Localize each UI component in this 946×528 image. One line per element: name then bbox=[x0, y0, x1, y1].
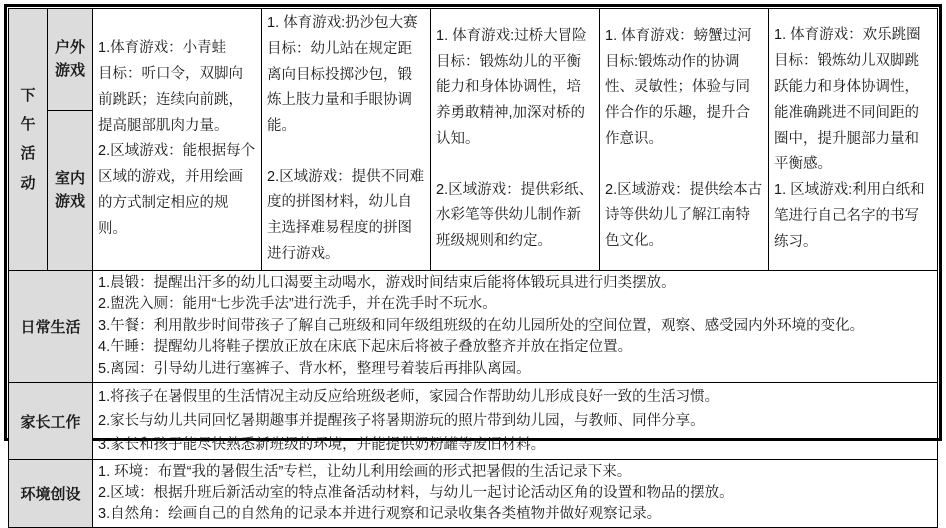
afternoon-row-outdoor: 下午活动 户外游戏 1.体育游戏：小青蛙 目标：听口令，双脚向前跳跃；连续向前跳… bbox=[9, 9, 938, 111]
daily-life-item-3: 3.午餐：利用散步时间带孩子了解自己班级和同年级组班级的在幼儿园所处的空间位置，… bbox=[98, 316, 932, 338]
environment-label: 环境创设 bbox=[20, 486, 80, 503]
afternoon-label: 下午活动 bbox=[20, 81, 37, 198]
daily-life-item-1: 1.晨锻：提醒出汗多的幼儿口渴要主动喝水，游戏时间结束后能将体锻玩具进行归类摆放… bbox=[98, 273, 932, 295]
environment-row: 环境创设 1. 环境：布置“我的暑假生活”专栏，让幼儿利用绘画的形式把暑假的生活… bbox=[9, 460, 938, 528]
afternoon-col-3-area: 2.区域游戏：提供彩纸、水彩笔等供幼儿制作新班级规则和约定。 bbox=[436, 178, 594, 255]
daily-life-item-4: 4.午睡：提醒幼儿将鞋子摆放正放在床底下起床后将被子叠放整齐并放在指定位置。 bbox=[98, 337, 932, 359]
afternoon-col-1: 1.体育游戏：小青蛙 目标：听口令，双脚向前跳跃；连续向前跳，提高腿部肌肉力量。… bbox=[93, 9, 262, 271]
daily-life-row: 日常生活 1.晨锻：提醒出汗多的幼儿口渴要主动喝水，游戏时间结束后能将体锻玩具进… bbox=[9, 270, 938, 383]
environment-label-cell: 环境创设 bbox=[9, 460, 93, 528]
indoor-games-label-cell: 室内游戏 bbox=[48, 111, 93, 270]
document-page: 下午活动 户外游戏 1.体育游戏：小青蛙 目标：听口令，双脚向前跳跃；连续向前跳… bbox=[0, 0, 946, 445]
afternoon-col-3: 1. 体育游戏:过桥大冒险 目标：锻炼幼儿的平衡能力和身体协调性，培养勇敢精神,… bbox=[431, 9, 600, 271]
parent-work-label-cell: 家长工作 bbox=[9, 383, 93, 460]
afternoon-col-4: 1. 体育游戏：螃蟹过河 目标:锻炼动作的协调性、灵敏性；体验与同伴合作的乐趣，… bbox=[600, 9, 769, 271]
afternoon-col-5-area: 1. 区域游戏:利用白纸和笔进行自己名字的书写练习。 bbox=[774, 178, 932, 255]
environment-content-cell: 1. 环境：布置“我的暑假生活”专栏，让幼儿利用绘画的形式把暑假的生活记录下来。… bbox=[93, 460, 938, 528]
afternoon-label-cell: 下午活动 bbox=[9, 9, 48, 271]
daily-life-label: 日常生活 bbox=[20, 319, 80, 336]
daily-life-item-5: 5.离园：引导幼儿进行塞裤子、背水杯，整理号着装后再排队离园。 bbox=[98, 359, 932, 381]
afternoon-col-1-sports: 1.体育游戏：小青蛙 目标：听口令，双脚向前跳跃；连续向前跳，提高腿部肌肉力量。 bbox=[98, 36, 256, 139]
afternoon-col-1-area: 2.区域游戏：能根据每个区域的游戏，并用绘画的方式制定相应的规则。 bbox=[98, 139, 256, 242]
daily-life-item-2: 2.盥洗入厕：能用“七步洗手法”进行洗手，并在洗手时不玩水。 bbox=[98, 294, 932, 316]
afternoon-col-4-area: 2.区域游戏：提供绘本古诗等供幼儿了解江南特色文化。 bbox=[605, 178, 763, 255]
parent-work-content-cell: 1.将孩子在暑假里的生活情况主动反应给班级老师，家园合作帮助幼儿形成良好一致的生… bbox=[93, 383, 938, 460]
outdoor-games-label-cell: 户外游戏 bbox=[48, 9, 93, 111]
afternoon-col-2: 1. 体育游戏:扔沙包大赛 目标：幼儿站在规定距离向目标投掷沙包，锻炼上肢力量和… bbox=[262, 9, 431, 271]
afternoon-col-2-sports: 1. 体育游戏:扔沙包大赛 目标：幼儿站在规定距离向目标投掷沙包，锻炼上肢力量和… bbox=[267, 11, 425, 140]
parent-work-row: 家长工作 1.将孩子在暑假里的生活情况主动反应给班级老师，家园合作帮助幼儿形成良… bbox=[9, 383, 938, 460]
afternoon-col-3-sports: 1. 体育游戏:过桥大冒险 目标：锻炼幼儿的平衡能力和身体协调性，培养勇敢精神,… bbox=[436, 24, 594, 153]
afternoon-col-4-sports: 1. 体育游戏：螃蟹过河 目标:锻炼动作的协调性、灵敏性；体验与同伴合作的乐趣，… bbox=[605, 24, 763, 153]
environment-item-2: 2.区域：根据升班后新活动室的特点准备活动材料，与幼儿一起讨论活动区角的设置和物… bbox=[98, 483, 932, 504]
afternoon-col-5-sports: 1. 体育游戏：欢乐跳圈 目标：锻炼幼儿双脚跳跃能力和身体协调性，能准确跳进不同… bbox=[774, 23, 932, 178]
afternoon-col-2-area: 2.区域游戏：提供不同难度的拼图材料，幼儿自主选择难易程度的拼图进行游戏。 bbox=[267, 165, 425, 268]
indoor-games-label: 室内游戏 bbox=[54, 168, 87, 213]
parent-work-label: 家长工作 bbox=[20, 414, 80, 431]
environment-item-1: 1. 环境：布置“我的暑假生活”专栏，让幼儿利用绘画的形式把暑假的生活记录下来。 bbox=[98, 462, 932, 483]
daily-life-label-cell: 日常生活 bbox=[9, 270, 93, 383]
parent-work-item-1: 1.将孩子在暑假里的生活情况主动反应给班级老师，家园合作帮助幼儿形成良好一致的生… bbox=[98, 385, 932, 409]
parent-work-item-3: 3.家长和孩子能尽快熟悉新班级的环境，并能提供奶粉罐等废旧材料。 bbox=[98, 433, 932, 457]
weekly-plan-table: 下午活动 户外游戏 1.体育游戏：小青蛙 目标：听口令，双脚向前跳跃；连续向前跳… bbox=[8, 8, 938, 528]
daily-life-content-cell: 1.晨锻：提醒出汗多的幼儿口渴要主动喝水，游戏时间结束后能将体锻玩具进行归类摆放… bbox=[93, 270, 938, 383]
parent-work-item-2: 2.家长与幼儿共同回忆暑期趣事并提醒孩子将暑期游玩的照片带到幼儿园，与教师、同伴… bbox=[98, 409, 932, 433]
outdoor-games-label: 户外游戏 bbox=[54, 37, 87, 82]
table-frame: 下午活动 户外游戏 1.体育游戏：小青蛙 目标：听口令，双脚向前跳跃；连续向前跳… bbox=[4, 4, 942, 441]
environment-item-3: 3.自然角：绘画自己的自然角的记录本并进行观察和记录收集各类植物并做好观察记录。 bbox=[98, 504, 932, 525]
afternoon-col-5: 1. 体育游戏：欢乐跳圈 目标：锻炼幼儿双脚跳跃能力和身体协调性，能准确跳进不同… bbox=[769, 9, 938, 271]
